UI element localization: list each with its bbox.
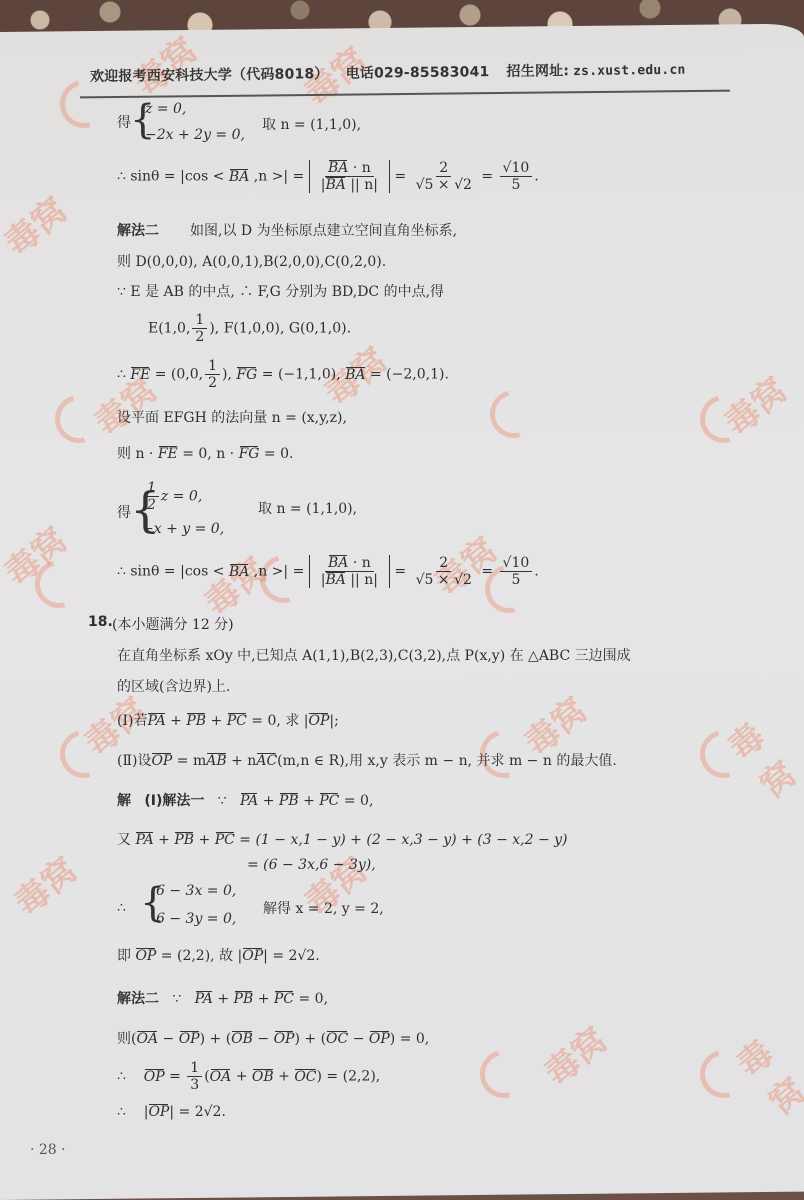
watermark-logo: 毒窝 xyxy=(532,1014,616,1095)
numerator: 2 xyxy=(436,160,451,177)
fraction: 12 xyxy=(192,312,207,345)
dot-product-line: 则 n · FE = 0, n · FG = 0. xyxy=(117,443,293,463)
eq-text: = (−1,1,0), xyxy=(257,367,345,383)
eq-text: 若 xyxy=(133,713,147,729)
eq-text: ,n >| = xyxy=(249,564,308,580)
watermark-logo: 毒窝 xyxy=(725,1014,804,1124)
problem-number: 18. xyxy=(88,614,113,630)
eq-text: + xyxy=(166,713,187,729)
watermark-wifi-icon xyxy=(691,1041,757,1107)
solution-method1-line: 解 (Ⅰ)解法一 ∵ PA + PB + PC = 0, xyxy=(117,790,373,810)
eq-text: | = 2√2. xyxy=(263,948,320,964)
eq-text: . xyxy=(534,564,538,580)
fraction: 12 xyxy=(144,480,159,513)
vector-pb: PB xyxy=(234,991,254,1007)
sum-expression-line: 又 PA + PB + PC = (1 − x,1 − y) + (2 − x,… xyxy=(117,829,568,849)
eq-text: = (0,0, xyxy=(150,367,203,383)
numerator: √10 xyxy=(500,555,533,572)
fraction: 13 xyxy=(187,1060,202,1093)
eq-text: + xyxy=(299,793,320,809)
denominator: √5 × √2 xyxy=(413,572,475,588)
eq-text: = xyxy=(394,564,410,580)
midpoints-line: ∵ E 是 AB 的中点, ∴ F,G 分别为 BD,DC 的中点,得 xyxy=(117,281,444,301)
eq-text: · n xyxy=(348,555,370,571)
denominator: 2 xyxy=(192,329,207,345)
vector-ab: AB xyxy=(206,753,226,769)
watermark-logo: 毒窝 xyxy=(0,514,76,595)
vector-pa: PA xyxy=(147,713,165,729)
vector-op: OP xyxy=(274,1031,295,1047)
eq-text: = 0, xyxy=(339,793,373,809)
part1-question: (Ⅰ)若PA + PB + PC = 0, 求 |OP|; xyxy=(117,710,339,730)
efg-line: E(1,0,12), F(1,0,0), G(0,1,0). xyxy=(148,312,351,345)
vector-fe: FE xyxy=(130,367,150,383)
abs-value: BA · n |BA || n| xyxy=(309,555,390,588)
vector-pb: PB xyxy=(279,793,299,809)
eq-text: || n| xyxy=(346,177,378,193)
m2-then-line: 则(OA − OP) + (OB − OP) + (OC − OP) = 0, xyxy=(117,1028,429,1048)
vector-pc: PC xyxy=(227,713,247,729)
part2-question: (Ⅱ)设OP = mAB + nAC(m,n ∈ R),用 x,y 表示 m −… xyxy=(117,750,617,770)
problem-stem-line2: 的区域(含边界)上. xyxy=(117,676,230,696)
eq-text: = m xyxy=(172,753,206,769)
eq-text: = 0, n · xyxy=(178,446,239,462)
system2-prefix: 得 xyxy=(117,502,131,522)
system1-take: 取 n = (1,1,0), xyxy=(262,114,361,134)
eq-text: z = 0, xyxy=(161,489,202,505)
system2-eq1: 12z = 0, xyxy=(142,480,202,513)
vector-fe: FE xyxy=(158,446,178,462)
eq-text: + n xyxy=(227,753,257,769)
method-label: 解法二 xyxy=(117,991,159,1007)
eq-text: = 0. xyxy=(259,446,293,462)
normal-vector-line: 设平面 EFGH 的法向量 n = (x,y,z), xyxy=(117,407,347,427)
eq-text: . xyxy=(534,169,538,185)
eq-text: 又 xyxy=(117,832,131,848)
fraction: 12 xyxy=(205,358,220,391)
abs-value: BA · n |BA || n| xyxy=(309,160,390,193)
denominator: 5 xyxy=(508,177,523,193)
sin-equation-2: ∴ sinθ = |cos < BA ,n >| = BA · n |BA ||… xyxy=(117,555,539,588)
vector-op: OP xyxy=(242,948,263,964)
eq-text: + xyxy=(154,832,175,848)
eq-text: ∴ sinθ = |cos < xyxy=(117,169,229,185)
eq-text: = xyxy=(481,564,497,580)
eq-text: | = 2√2. xyxy=(169,1104,226,1120)
watermark-wifi-icon xyxy=(691,721,757,787)
eq-text: ∴ xyxy=(117,367,130,383)
eq-text: + xyxy=(253,991,274,1007)
vector-ba: BA xyxy=(345,367,365,383)
vector-ob: OB xyxy=(231,1031,253,1047)
eq-text: |; xyxy=(329,713,338,729)
eq-text: + xyxy=(194,832,215,848)
eq-text: 设 xyxy=(137,753,151,769)
vector-pa: PA xyxy=(135,832,153,848)
system3-eq1: 6 − 3x = 0, xyxy=(156,883,236,899)
eq-text: ), F(1,0,0), G(0,1,0). xyxy=(209,321,351,337)
eq-text: E(1,0, xyxy=(148,321,190,337)
eq-text: = 0, xyxy=(294,991,328,1007)
vector-op: OP xyxy=(151,753,172,769)
method2-title: 解法二 xyxy=(117,220,159,240)
denominator: 2 xyxy=(144,497,159,513)
system3-solve: 解得 x = 2, y = 2, xyxy=(263,898,384,918)
because-symbol: ∵ xyxy=(218,793,227,809)
part-label: (Ⅰ) xyxy=(117,713,133,729)
problem-stem-line1: 在直角坐标系 xOy 中,已知点 A(1,1),B(2,3),C(3,2),点 … xyxy=(117,645,631,665)
watermark-logo: 毒窝 xyxy=(2,844,86,925)
header-phone: 电话029-85583041 xyxy=(346,64,490,82)
because-symbol: ∵ xyxy=(172,991,181,1007)
method2-line: 解法二 ∵ PA + PB + PC = 0, xyxy=(117,988,328,1008)
fraction: √105 xyxy=(500,160,533,193)
eq-text: = xyxy=(481,169,497,185)
eq-text: + xyxy=(213,991,234,1007)
numerator: 1 xyxy=(144,480,159,497)
fraction: BA · n |BA || n| xyxy=(318,160,381,193)
header-site-url: zs.xust.edu.cn xyxy=(573,63,686,79)
problem-score: (本小题满分 12 分) xyxy=(112,614,234,634)
points-line: 则 D(0,0,0), A(0,0,1),B(2,0,0),C(0,2,0). xyxy=(117,251,386,271)
running-header: 欢迎报考西安科技大学（代码8018） 电话029-85583041 招生网址:z… xyxy=(90,58,740,88)
vector-oc: OC xyxy=(294,1069,316,1085)
eq-text: + xyxy=(206,713,227,729)
fraction: √105 xyxy=(500,555,533,588)
system3-eq2: 6 − 3y = 0, xyxy=(156,911,236,927)
eq-text: ) = 0, xyxy=(390,1031,429,1047)
solution-title: 解 xyxy=(117,793,131,809)
header-site-label: 招生网址: xyxy=(506,63,569,80)
numerator: 1 xyxy=(192,312,207,329)
vector-op: OP xyxy=(135,948,156,964)
watermark-wifi-icon xyxy=(26,551,92,617)
watermark-wifi-icon xyxy=(471,1041,537,1107)
method2-text: 如图,以 D 为坐标原点建立空间直角坐标系, xyxy=(190,220,457,240)
eq-text: (m,n ∈ R),用 x,y 表示 m − n, 并求 m − n 的最大值. xyxy=(277,753,617,769)
vector-oc: OC xyxy=(326,1031,348,1047)
vector-pc: PC xyxy=(319,793,339,809)
vector-pa: PA xyxy=(240,793,258,809)
denominator: 5 xyxy=(508,572,523,588)
op-result-line: 即 OP = (2,2), 故 |OP| = 2√2. xyxy=(117,945,320,965)
vector-pa: PA xyxy=(195,991,213,1007)
eq-text: || n| xyxy=(346,572,378,588)
system1-prefix: 得 xyxy=(117,112,131,132)
fraction: 2√5 × √2 xyxy=(413,160,475,193)
page-content: 毒窝 毒窝 毒窝 毒窝 毒窝 毒窝 毒窝 毒窝 毒窝 毒窝 毒窝 毒窝 毒窝 毒… xyxy=(0,0,804,1200)
vector-op: OP xyxy=(148,1104,169,1120)
vector-op: OP xyxy=(144,1069,165,1085)
eq-text: + xyxy=(258,793,279,809)
page-number: · 28 · xyxy=(30,1142,66,1158)
fraction: BA · n |BA || n| xyxy=(318,555,381,588)
watermark-wifi-icon xyxy=(51,721,117,787)
watermark-logo: 毒窝 xyxy=(716,691,804,807)
system1-eq1: z = 0, xyxy=(145,101,186,117)
numerator: 2 xyxy=(436,555,451,572)
vector-ba: BA xyxy=(328,555,348,571)
denominator: √5 × √2 xyxy=(413,177,475,193)
header-school: 欢迎报考西安科技大学（代码8018） xyxy=(90,66,329,85)
vector-pb: PB xyxy=(186,713,206,729)
vector-pc: PC xyxy=(274,991,294,1007)
vector-op: OP xyxy=(179,1031,200,1047)
eq-text: ∴ sinθ = |cos < xyxy=(117,564,229,580)
numerator: 1 xyxy=(187,1060,202,1077)
vector-ac: AC xyxy=(256,753,277,769)
watermark-wifi-icon xyxy=(46,386,112,452)
watermark-wifi-icon xyxy=(481,381,547,447)
vector-ba: BA xyxy=(229,169,249,185)
m2-op-line: ∴ OP = 13(OA + OB + OC) = (2,2), xyxy=(117,1060,380,1093)
eq-text: = (2,2), 故 | xyxy=(156,948,242,964)
vector-fg: FG xyxy=(236,367,257,383)
therefore-symbol: ∴ xyxy=(117,1104,126,1120)
header-rule xyxy=(80,90,730,99)
vector-fg: FG xyxy=(239,446,260,462)
vector-pb: PB xyxy=(174,832,194,848)
numerator: √10 xyxy=(500,160,533,177)
vectors-line: ∴ FE = (0,0,12), FG = (−1,1,0), BA = (−2… xyxy=(117,358,449,391)
vector-pc: PC xyxy=(215,832,235,848)
eq-text: = 0, 求 | xyxy=(247,713,309,729)
sin-equation-1: ∴ sinθ = |cos < BA ,n >| = BA · n |BA ||… xyxy=(117,160,539,193)
denominator: 2 xyxy=(205,375,220,391)
numerator: 1 xyxy=(205,358,220,375)
vector-ob: OB xyxy=(252,1069,274,1085)
vector-ba: BA xyxy=(328,160,348,176)
m2-final-line: ∴ |OP| = 2√2. xyxy=(117,1104,226,1120)
system2-take: 取 n = (1,1,0), xyxy=(258,498,357,518)
eq-text: = (1 − x,1 − y) + (2 − x,3 − y) + (3 − x… xyxy=(235,832,568,848)
method-label: (Ⅰ)解法一 xyxy=(144,793,204,809)
eq-text: ) = (2,2), xyxy=(317,1069,381,1085)
eq-text: 则 n · xyxy=(117,446,158,462)
vector-ba: BA xyxy=(325,572,345,588)
system2-eq2: −x + y = 0, xyxy=(142,521,224,537)
therefore-symbol: ∴ xyxy=(117,1069,126,1085)
eq-text: = (−2,0,1). xyxy=(366,367,449,383)
eq-text: · n xyxy=(348,160,370,176)
vector-ba: BA xyxy=(325,177,345,193)
vector-oa: OA xyxy=(136,1031,158,1047)
eq-text: = xyxy=(394,169,410,185)
sum-result-line: = (6 − 3x,6 − 3y), xyxy=(247,857,376,873)
eq-text: 即 xyxy=(117,948,131,964)
fraction: 2√5 × √2 xyxy=(413,555,475,588)
system3-lead: ∴ xyxy=(117,900,126,916)
eq-text: 则( xyxy=(117,1031,136,1047)
watermark-wifi-icon xyxy=(691,386,757,452)
eq-text: ,n >| = xyxy=(249,169,308,185)
system1-eq2: −2x + 2y = 0, xyxy=(145,127,245,143)
watermark-logo: 毒窝 xyxy=(712,364,796,445)
eq-text: ), xyxy=(222,367,236,383)
vector-oa: OA xyxy=(210,1069,232,1085)
part-label: (Ⅱ) xyxy=(117,753,137,769)
watermark-logo: 毒窝 xyxy=(0,184,76,265)
vector-ba: BA xyxy=(229,564,249,580)
vector-op: OP xyxy=(308,713,329,729)
denominator: 3 xyxy=(187,1077,202,1093)
vector-op: OP xyxy=(369,1031,390,1047)
